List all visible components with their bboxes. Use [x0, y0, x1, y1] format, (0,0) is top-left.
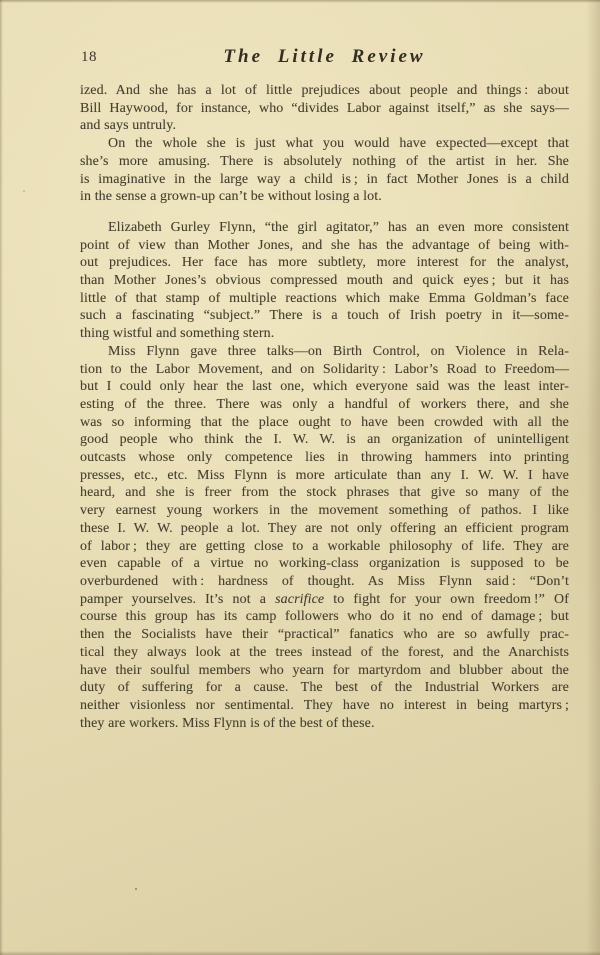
paragraph: On the whole she is just what you would …: [80, 135, 569, 206]
page-title: The Little Review: [80, 46, 569, 68]
text-line: of labor ; they are getting close to a w…: [80, 538, 569, 556]
text-line: On the whole she is just what you would …: [80, 135, 569, 153]
text-line: Bill Haywood, for instance, who “divides…: [80, 100, 569, 118]
text-line: then the Socialists have their “practica…: [80, 626, 569, 644]
page-number: 18: [81, 49, 97, 66]
text-line: thing wistful and something stern.: [80, 325, 569, 343]
text-line: duty of suffering for a cause. The best …: [80, 679, 569, 697]
paragraph: Elizabeth Gurley Flynn, “the girl agitat…: [80, 219, 569, 343]
dust-speck: [556, 99, 558, 100]
text-line: Elizabeth Gurley Flynn, “the girl agitat…: [80, 219, 569, 237]
text-line: tion to the Labor Movement, and on Solid…: [80, 361, 569, 379]
text-line: heard, and she is freer from the stock p…: [80, 484, 569, 502]
page-header: 18 The Little Review: [80, 46, 569, 68]
text-line: even capable of a virtue no working-clas…: [80, 555, 569, 573]
text-line: Miss Flynn gave three talks—on Birth Con…: [80, 343, 569, 361]
text-line: neither visionless nor sentimental. They…: [80, 697, 569, 715]
text-line: little of that stamp of multiple reactio…: [80, 290, 569, 308]
text-line: than Mother Jones’s obvious compressed m…: [80, 272, 569, 290]
text-line: such a fascinating “subject.” There is a…: [80, 307, 569, 325]
page-scan: 18 The Little Review ized. And she has a…: [0, 0, 600, 955]
text-line: she’s more amusing. There is absolutely …: [80, 153, 569, 171]
text-line: pamper yourselves. It’s not a sacrifice …: [80, 591, 569, 609]
text-line: course this group has its camp followers…: [80, 608, 569, 626]
text-line: was so informing that the place ought to…: [80, 414, 569, 432]
body-text: ized. And she has a lot of little prejud…: [80, 82, 569, 732]
text-line: they are workers. Miss Flynn is of the b…: [80, 715, 569, 733]
text-line: tical they always look at the trees inst…: [80, 644, 569, 662]
text-line: overburdened with : hardness of thought.…: [80, 573, 569, 591]
text-line: is imaginative in the large way a child …: [80, 171, 569, 189]
text-line: very earnest young workers in the moveme…: [80, 502, 569, 520]
text-line: in the sense a grown-up can’t be without…: [80, 188, 569, 206]
text-line: and says untruly.: [80, 117, 569, 135]
text-line: but I could only hear the last one, whic…: [80, 378, 569, 396]
text-line: have their soulful members who yearn for…: [80, 662, 569, 680]
text-line: outcasts whose only competence lies in t…: [80, 449, 569, 467]
dust-speck: [135, 888, 137, 890]
text-line: ized. And she has a lot of little prejud…: [80, 82, 569, 100]
text-line: point of view than Mother Jones, and she…: [80, 237, 569, 255]
text-line: out prejudices. Her face has more subtle…: [80, 254, 569, 272]
text-line: these I. W. W. people a lot. They are no…: [80, 520, 569, 538]
paragraph: ized. And she has a lot of little prejud…: [80, 82, 569, 135]
paragraph: Miss Flynn gave three talks—on Birth Con…: [80, 343, 569, 732]
dust-speck: [23, 190, 25, 192]
text-line: presses, etc., etc. Miss Flynn is more a…: [80, 467, 569, 485]
text-line: esting of the three. There was only a ha…: [80, 396, 569, 414]
text-line: good people who think the I. W. W. is an…: [80, 431, 569, 449]
